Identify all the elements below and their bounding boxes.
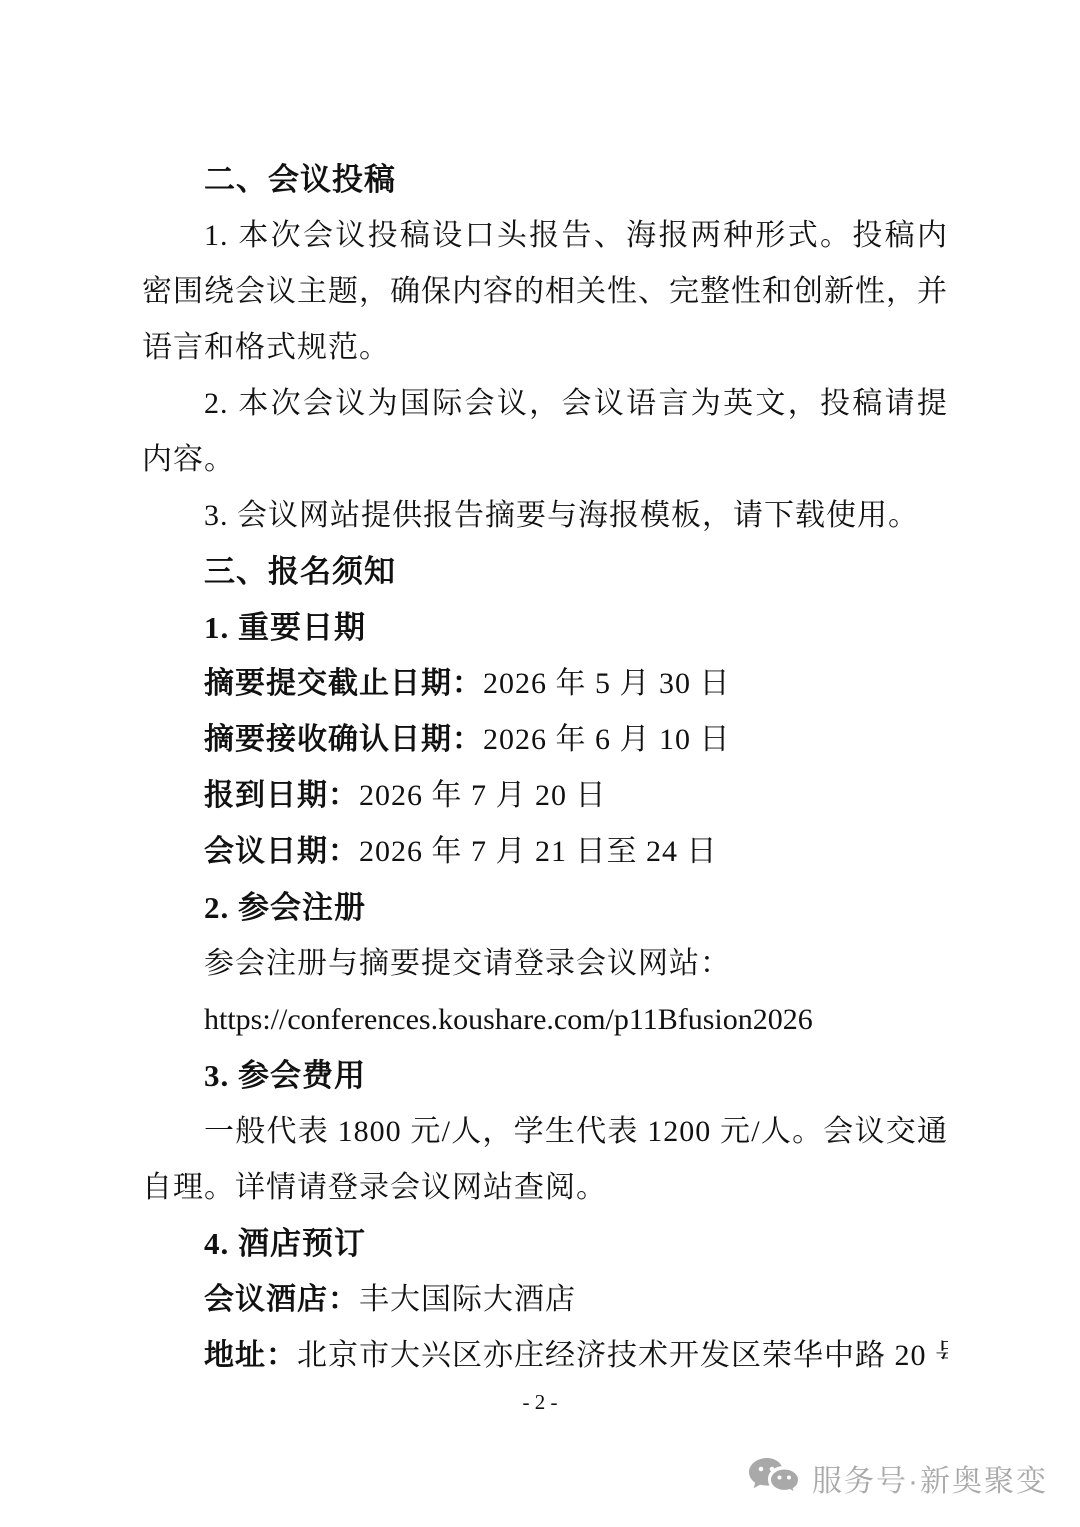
paragraph-template: 3. 会议网站提供报告摘要与海报模板，请下载使用。 [142, 488, 948, 544]
hotel-row: 会议酒店：丰大国际大酒店 [142, 1272, 948, 1328]
hotel-label: 会议酒店： [204, 1283, 359, 1316]
paragraph-submission-line2: 密围绕会议主题，确保内容的相关性、完整性和创新性，并遵循 [142, 264, 948, 320]
paragraph-submission-line3: 语言和格式规范。 [142, 320, 948, 376]
wechat-icon [748, 1457, 800, 1499]
subheading-fees: 3. 参会费用 [142, 1048, 948, 1104]
address-value: 北京市大兴区亦庄经济技术开发区荣华中路 20 号 [297, 1339, 948, 1372]
watermark: 服务号·新奥聚变 [748, 1456, 1048, 1500]
date-row-checkin: 报到日期：2026 年 7 月 20 日 [142, 768, 948, 824]
date-value: 2026 年 5 月 30 日 [483, 667, 731, 700]
date-row-abstract-deadline: 摘要提交截止日期：2026 年 5 月 30 日 [142, 656, 948, 712]
date-row-abstract-acceptance: 摘要接收确认日期：2026 年 6 月 10 日 [142, 712, 948, 768]
paragraph-submission-line1: 1. 本次会议投稿设口头报告、海报两种形式。投稿内容需紧 [142, 208, 948, 264]
subheading-hotel: 4. 酒店预订 [142, 1216, 948, 1272]
address-row: 地址：北京市大兴区亦庄经济技术开发区荣华中路 20 号 [142, 1328, 948, 1384]
date-value: 2026 年 7 月 20 日 [359, 779, 607, 812]
address-label: 地址： [204, 1339, 297, 1372]
subheading-register: 2. 参会注册 [142, 880, 948, 936]
date-value: 2026 年 6 月 10 日 [483, 723, 731, 756]
paragraph-language-line2: 内容。 [142, 432, 948, 488]
date-label: 摘要接收确认日期： [204, 723, 483, 756]
conference-website-url: https://conferences.koushare.com/p11Bfus… [142, 992, 948, 1048]
paragraph-language-line1: 2. 本次会议为国际会议，会议语言为英文，投稿请提交英文 [142, 376, 948, 432]
hotel-value: 丰大国际大酒店 [359, 1283, 576, 1316]
section-heading-submission: 二、会议投稿 [142, 152, 948, 208]
date-label: 会议日期： [204, 835, 359, 868]
paragraph-fees-line2: 自理。详情请登录会议网站查阅。 [142, 1160, 948, 1216]
watermark-text: 服务号·新奥聚变 [812, 1456, 1048, 1500]
date-value: 2026 年 7 月 21 日至 24 日 [359, 835, 718, 868]
date-row-conference: 会议日期：2026 年 7 月 21 日至 24 日 [142, 824, 948, 880]
page-number: - 2 - [0, 1388, 1080, 1416]
document-page: 二、会议投稿 1. 本次会议投稿设口头报告、海报两种形式。投稿内容需紧 密围绕会… [142, 152, 948, 1384]
paragraph-register-website: 参会注册与摘要提交请登录会议网站： [142, 936, 948, 992]
paragraph-fees-line1: 一般代表 1800 元/人，学生代表 1200 元/人。会议交通住宿 [142, 1104, 948, 1160]
subheading-important-dates: 1. 重要日期 [142, 600, 948, 656]
date-label: 摘要提交截止日期： [204, 667, 483, 700]
section-heading-registration: 三、报名须知 [142, 544, 948, 600]
date-label: 报到日期： [204, 779, 359, 812]
